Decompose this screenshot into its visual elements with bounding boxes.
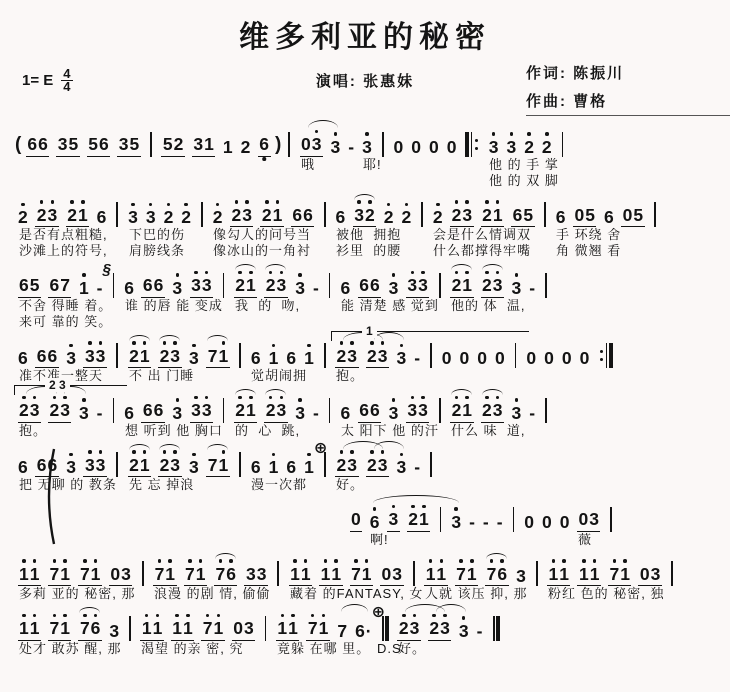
note: 0 bbox=[351, 504, 362, 529]
barline bbox=[544, 202, 546, 227]
lyric-syllable: 漫一次都 bbox=[251, 477, 307, 493]
note-digit: 6 bbox=[604, 208, 614, 227]
note-digit: 0 bbox=[394, 138, 404, 157]
note: 6 bbox=[90, 613, 101, 638]
tie-arc bbox=[451, 389, 472, 395]
beam-group: 3 bbox=[396, 452, 407, 477]
note: 7 bbox=[307, 613, 318, 638]
note: 6 bbox=[38, 129, 49, 154]
note-digit: 3 bbox=[276, 401, 286, 420]
note-digit: 1 bbox=[269, 349, 279, 368]
note-digit: 2 bbox=[67, 206, 77, 225]
note-group: 71 bbox=[201, 613, 224, 641]
note-group: 0 bbox=[494, 343, 505, 368]
note-digit: 6 bbox=[259, 135, 269, 154]
note: 3 bbox=[256, 559, 267, 584]
note-group: 6 bbox=[18, 343, 29, 368]
beam-group: 23 bbox=[481, 395, 504, 423]
lyric-syllable: 我 的 吻, bbox=[235, 298, 300, 314]
note-digit: 3 bbox=[512, 279, 522, 298]
note: 3 bbox=[488, 132, 499, 157]
note-group: 23 bbox=[397, 613, 420, 641]
note-group: 6 bbox=[369, 507, 380, 532]
note-digit: 3 bbox=[407, 401, 417, 420]
beam-group: - bbox=[496, 507, 503, 532]
note: 1 bbox=[318, 613, 329, 638]
note: 2 bbox=[398, 613, 409, 638]
note-digit: 1 bbox=[30, 619, 40, 638]
time-signature-bottom: 4 bbox=[63, 81, 70, 93]
note: 2 bbox=[482, 200, 493, 225]
lyric-syllable: 他 的 手 掌 bbox=[489, 157, 559, 173]
beam-group: 3 bbox=[511, 273, 522, 298]
undefined bbox=[465, 132, 469, 157]
note: 2 bbox=[451, 200, 462, 225]
note: 5 bbox=[29, 270, 40, 295]
note-group: 23 bbox=[264, 395, 287, 423]
note: 2 bbox=[36, 200, 47, 225]
note: 2 bbox=[408, 504, 419, 529]
note-group: 71 bbox=[206, 341, 229, 369]
note: 7 bbox=[207, 450, 218, 475]
note-digit: 6 bbox=[143, 276, 153, 295]
note-digit: 3 bbox=[60, 401, 70, 420]
note-group: - bbox=[312, 273, 319, 298]
note: 0 bbox=[494, 343, 505, 368]
note: 0 bbox=[542, 507, 553, 532]
beam-group: 2 bbox=[541, 132, 552, 157]
note: 1 bbox=[165, 559, 176, 584]
note-group: 23 bbox=[481, 395, 504, 423]
note-digit: 1 bbox=[246, 401, 256, 420]
note: 0 bbox=[441, 343, 452, 368]
note: 6 bbox=[250, 343, 261, 368]
note: 6 bbox=[124, 398, 135, 423]
beam-group: 3 bbox=[172, 273, 183, 298]
note: 2 bbox=[401, 202, 412, 227]
note-digit: 2 bbox=[429, 619, 439, 638]
note-digit: 3 bbox=[489, 138, 499, 157]
note-digit: 1 bbox=[288, 619, 298, 638]
beam-group: 33 bbox=[83, 341, 106, 369]
note-digit: - bbox=[313, 404, 319, 423]
note: 3 bbox=[191, 395, 202, 420]
note: 3 bbox=[650, 559, 661, 584]
beam-group: 66 bbox=[141, 270, 164, 298]
note: 2 bbox=[336, 450, 347, 475]
note: 0 bbox=[411, 132, 422, 157]
note-group: 23 bbox=[366, 341, 389, 369]
note: 2 bbox=[240, 132, 251, 157]
lyric-syllable: 啊! bbox=[370, 532, 389, 548]
beam-group: 66 bbox=[141, 395, 164, 423]
note-digit: 0 bbox=[477, 349, 487, 368]
note: 1 bbox=[436, 559, 447, 584]
note-digit: 2 bbox=[241, 138, 251, 157]
note-group: 0 bbox=[393, 132, 404, 157]
note-group: 76 bbox=[78, 613, 101, 641]
note-digit: 1 bbox=[436, 565, 446, 584]
note-digit: 1 bbox=[362, 565, 372, 584]
notes-row: (663556355231126)033-300003322 bbox=[14, 129, 716, 157]
barline bbox=[382, 132, 384, 157]
beam-group: 11 bbox=[577, 559, 600, 587]
beam-group: 0 bbox=[350, 504, 363, 532]
note: 2 bbox=[129, 450, 140, 475]
note: 3 bbox=[511, 398, 522, 423]
note-digit: 6 bbox=[143, 401, 153, 420]
beam-group: 33 bbox=[406, 395, 429, 423]
note-group: 21 bbox=[260, 200, 283, 228]
note-group: 71 bbox=[48, 613, 71, 641]
beam-group: 71 bbox=[201, 613, 224, 641]
beam-group: 03 bbox=[109, 559, 132, 587]
note-digit: 3 bbox=[451, 513, 461, 532]
note-group: 23 bbox=[335, 450, 358, 478]
note-digit: 3 bbox=[193, 135, 203, 154]
tie-arc bbox=[482, 389, 503, 395]
note: 1 bbox=[29, 613, 40, 638]
note-digit: 3 bbox=[128, 208, 138, 227]
note: 6 bbox=[555, 202, 566, 227]
lyric-syllable: 抱。 bbox=[19, 423, 47, 439]
beam-group: 33 bbox=[190, 395, 213, 423]
volta-label: 1 bbox=[362, 324, 377, 338]
note-digit: 2 bbox=[384, 208, 394, 227]
note: 3 bbox=[118, 129, 129, 154]
note-group: 2 bbox=[524, 132, 535, 157]
barline bbox=[288, 132, 290, 157]
note-group: 66 bbox=[26, 129, 49, 157]
beam-group: 76 bbox=[485, 559, 508, 587]
note-digit: 6 bbox=[38, 135, 48, 154]
note: 7 bbox=[337, 616, 348, 641]
beam-group: 71 bbox=[608, 559, 631, 587]
beam-group: 71 bbox=[455, 559, 478, 587]
beam-group: 0 bbox=[579, 343, 590, 368]
beam-group: 3 bbox=[488, 132, 499, 157]
note-digit: 6 bbox=[251, 458, 261, 477]
barline bbox=[329, 273, 331, 298]
note: 1 bbox=[78, 273, 89, 298]
lyrics-row-1: 处才 敢苏 醒, 那渴望 的亲 密, 究竟躲 在哪 里。D.S好。 bbox=[14, 641, 716, 657]
note: 6 bbox=[286, 452, 297, 477]
note: 2 bbox=[265, 270, 276, 295]
note-digit: 2 bbox=[337, 347, 347, 366]
note-digit: 1 bbox=[140, 456, 150, 475]
lyric-syllable: 藏着 的FANTASY, 女 bbox=[290, 586, 423, 602]
note-digit: 2 bbox=[262, 206, 272, 225]
notes-row: 117176311117103117176·⊕23233- bbox=[14, 613, 716, 641]
note: 3 bbox=[191, 270, 202, 295]
note: 3 bbox=[95, 450, 106, 475]
note-digit: 5 bbox=[523, 206, 533, 225]
note-group: 23 bbox=[264, 270, 287, 298]
note: 0 bbox=[574, 200, 585, 225]
note-digit: 2 bbox=[235, 401, 245, 420]
note: 0 bbox=[579, 343, 590, 368]
lyric-syllable: 被他 拥抱 bbox=[336, 227, 401, 243]
volta-bracket: 1 bbox=[331, 331, 529, 341]
note: 2 bbox=[49, 395, 60, 420]
note-digit: 5 bbox=[30, 276, 40, 295]
note-group: 33 bbox=[83, 450, 106, 478]
note: 3 bbox=[440, 613, 451, 638]
lyric-syllable: 太 阳下 他 的汗 bbox=[341, 423, 439, 439]
note-digit: 0 bbox=[429, 138, 439, 157]
note: 2 bbox=[541, 132, 552, 157]
note-group: 21 bbox=[234, 395, 257, 423]
note: 1 bbox=[320, 559, 331, 584]
note-digit: 3 bbox=[172, 279, 182, 298]
note: 1 bbox=[222, 132, 233, 157]
beam-group: 2 bbox=[181, 202, 192, 227]
note-digit: 0 bbox=[524, 513, 534, 532]
note: 0 bbox=[381, 559, 392, 584]
tie-arc bbox=[486, 553, 507, 559]
note-group: 6 bbox=[340, 273, 351, 298]
undefined bbox=[475, 132, 478, 157]
note-digit: 2 bbox=[524, 138, 534, 157]
note-digit: 3 bbox=[66, 349, 76, 368]
note: 6 bbox=[497, 559, 508, 584]
note-group: 0 bbox=[544, 343, 555, 368]
note-group: 21 bbox=[450, 270, 473, 298]
note: 7 bbox=[79, 613, 90, 638]
note-digit: 2 bbox=[129, 456, 139, 475]
note-digit: 1 bbox=[493, 206, 503, 225]
note: 3 bbox=[170, 341, 181, 366]
beam-group: 3 bbox=[66, 452, 77, 477]
note: 3 bbox=[47, 200, 58, 225]
score: (663556355231126)033-300003322哦耶!他 的 手 掌… bbox=[14, 118, 716, 657]
note: 3 bbox=[66, 343, 77, 368]
note-digit: 1 bbox=[590, 565, 600, 584]
chorus-line-2: 117176311117103117176·⊕23233-处才 敢苏 醒, 那渴… bbox=[14, 602, 716, 657]
lyrics-row-1: 准不准一整天不 出 门睡觉胡闹拥抱。 bbox=[14, 368, 716, 384]
note: 1 bbox=[304, 343, 315, 368]
beam-group: 65 bbox=[511, 200, 534, 228]
note: 1 bbox=[246, 270, 257, 295]
final-barline bbox=[491, 616, 499, 641]
note-digit: 0 bbox=[526, 349, 536, 368]
note-group: 21 bbox=[128, 341, 151, 369]
notes-row: 22321633222232166632222232165605605 bbox=[14, 200, 716, 228]
note-group: 03 bbox=[380, 559, 403, 587]
note-group: 23 bbox=[158, 341, 181, 369]
note-group: 3 bbox=[172, 398, 183, 423]
note-group: 23 bbox=[48, 395, 71, 423]
barline bbox=[129, 616, 131, 641]
singer-credit: 演唱: 张惠妹 bbox=[316, 70, 414, 91]
note-group: 66 bbox=[141, 270, 164, 298]
note-digit: 2 bbox=[367, 347, 377, 366]
note: 2 bbox=[336, 341, 347, 366]
note: 6 bbox=[359, 270, 370, 295]
note: 6 bbox=[99, 129, 110, 154]
note-group: 3 bbox=[78, 398, 89, 423]
note-digit: 2 bbox=[482, 206, 492, 225]
lyric-syllable: 角 微翘 看 bbox=[556, 243, 621, 259]
note: 3 bbox=[388, 273, 399, 298]
note: 2 bbox=[365, 200, 376, 225]
lyrics-row-1: 多莉 亚的 秘密, 那浪漫 的剧 情, 偷偷藏着 的FANTASY, 女人就 该… bbox=[14, 586, 716, 602]
beam-group: 65 bbox=[18, 270, 41, 298]
note-digit: 6 bbox=[226, 565, 236, 584]
note-group: 0 bbox=[411, 132, 422, 157]
note: 1 bbox=[195, 559, 206, 584]
beam-group: 3 bbox=[511, 398, 522, 423]
note: 3 bbox=[276, 270, 287, 295]
note: 1 bbox=[268, 343, 279, 368]
note-group: 03 bbox=[577, 504, 600, 532]
barline bbox=[536, 561, 538, 586]
lyrics-row-1: 哦耶!他 的 手 掌 bbox=[14, 157, 716, 173]
note: 3 bbox=[516, 561, 527, 586]
beam-group: 11 bbox=[18, 559, 41, 587]
note-group: 33 bbox=[244, 559, 267, 587]
lyric-syllable: 的 心 跳, bbox=[235, 423, 300, 439]
note: 7 bbox=[185, 559, 196, 584]
barline bbox=[116, 452, 118, 477]
note-digit: 6 bbox=[355, 622, 365, 641]
note: 3 bbox=[201, 270, 212, 295]
note-digit: 3 bbox=[354, 206, 364, 225]
undefined bbox=[600, 343, 603, 368]
beam-group: 71 bbox=[48, 613, 71, 641]
note: 5 bbox=[633, 200, 644, 225]
note: 7 bbox=[351, 559, 362, 584]
note-digit: 2 bbox=[37, 206, 47, 225]
note: 3 bbox=[78, 398, 89, 423]
beam-group: 3 bbox=[388, 273, 399, 298]
note: 3 bbox=[492, 270, 503, 295]
note-digit: 0 bbox=[233, 619, 243, 638]
note: 0 bbox=[544, 343, 555, 368]
note-digit: 1 bbox=[273, 206, 283, 225]
note-group: 3 bbox=[396, 343, 407, 368]
note: 6 bbox=[286, 343, 297, 368]
lyric-syllable: 先 忘 掉浪 bbox=[129, 477, 194, 493]
tie-arc bbox=[215, 553, 236, 559]
note: 3 bbox=[84, 341, 95, 366]
marker-glyph: ⊕ bbox=[314, 442, 327, 456]
note: 0 bbox=[110, 559, 121, 584]
note-digit: 7 bbox=[208, 347, 218, 366]
note: 3 bbox=[354, 200, 365, 225]
beam-group: 23 bbox=[428, 613, 451, 641]
note: 1 bbox=[172, 613, 183, 638]
beam-group: 1 bbox=[268, 452, 279, 477]
note: 3 bbox=[511, 273, 522, 298]
note-group: 03 bbox=[232, 613, 255, 641]
note: 3 bbox=[362, 132, 373, 157]
note-digit: 3 bbox=[362, 138, 372, 157]
note-group: 3 bbox=[189, 452, 200, 477]
note-digit: 0 bbox=[542, 513, 552, 532]
note: 3 bbox=[392, 559, 403, 584]
beam-group: 71 bbox=[350, 559, 373, 587]
note-digit: 2 bbox=[164, 208, 174, 227]
time-signature: 4 4 bbox=[61, 68, 72, 93]
lyric-syllable: 抱。 bbox=[336, 368, 364, 384]
beam-group: 3 bbox=[451, 507, 462, 532]
note-group: 23 bbox=[428, 613, 451, 641]
note-digit: 3 bbox=[121, 565, 131, 584]
voice-brace-curve bbox=[42, 447, 56, 546]
beam-group: 71 bbox=[48, 559, 71, 587]
note-group: - bbox=[529, 398, 536, 423]
note-group: 11 bbox=[577, 559, 600, 587]
note: 2 bbox=[524, 132, 535, 157]
note: 3 bbox=[109, 616, 120, 641]
note-digit: 5 bbox=[633, 206, 643, 225]
note-group: 1 bbox=[304, 452, 315, 477]
lyric-syllable: 能 清楚 感 觉到 bbox=[341, 298, 439, 314]
tie-arc bbox=[159, 444, 180, 450]
tie-arc bbox=[373, 495, 459, 503]
lyric-syllable: 像勾人的问号当 bbox=[213, 227, 311, 243]
note-group: - bbox=[414, 343, 421, 368]
note-digit: 2 bbox=[337, 456, 347, 475]
note: 1 bbox=[246, 395, 257, 420]
beam-group: 23 bbox=[48, 395, 71, 423]
tie-arc bbox=[159, 335, 180, 341]
note: 3 bbox=[330, 132, 341, 157]
note-digit: 2 bbox=[482, 276, 492, 295]
note-group: 11 bbox=[18, 559, 41, 587]
note-digit: 7 bbox=[60, 276, 70, 295]
note-digit: 3 bbox=[202, 401, 212, 420]
note-group: 23 bbox=[230, 200, 253, 228]
tie-arc bbox=[129, 444, 150, 450]
beam-group: 3 bbox=[189, 452, 200, 477]
note-digit: 2 bbox=[213, 208, 223, 227]
volta-bracket: 2 3 bbox=[14, 385, 127, 395]
beam-group: 23 bbox=[397, 613, 420, 641]
beam-group: 7 bbox=[337, 616, 348, 641]
note-group: 3 bbox=[458, 616, 469, 641]
note-group: 23 bbox=[18, 395, 41, 423]
note: 6 bbox=[335, 202, 346, 227]
note-group: 66 bbox=[141, 395, 164, 423]
beam-group: 03 bbox=[300, 129, 323, 157]
note-group: 21 bbox=[450, 395, 473, 423]
beam-group: 3 bbox=[66, 343, 77, 368]
note-group: 76 bbox=[214, 559, 237, 587]
beam-group: 6 bbox=[18, 452, 29, 477]
note-digit: 3 bbox=[170, 456, 180, 475]
beam-group: 71 bbox=[206, 341, 229, 369]
note-group: 2 bbox=[401, 202, 412, 227]
note: 3 bbox=[66, 452, 77, 477]
note-digit: 1 bbox=[165, 565, 175, 584]
note-digit: 3 bbox=[47, 206, 57, 225]
note: 3 bbox=[172, 398, 183, 423]
barline bbox=[513, 507, 515, 532]
tie-arc bbox=[308, 120, 338, 128]
note-group: 3 bbox=[506, 132, 517, 157]
note-digit: 0 bbox=[301, 135, 311, 154]
note: 3 bbox=[418, 395, 429, 420]
sheet-music-page: 维多利亚的秘密 1= E 4 4 演唱: 张惠妹 作词: 陈振川 作曲: 曹格 … bbox=[0, 0, 730, 657]
note: 3 bbox=[492, 395, 503, 420]
note-group: 2 bbox=[432, 202, 443, 227]
beam-group: 3 bbox=[387, 504, 400, 532]
beam-group: 3 bbox=[78, 398, 89, 423]
note-digit: 3 bbox=[347, 456, 357, 475]
note-group: 33 bbox=[406, 270, 429, 298]
